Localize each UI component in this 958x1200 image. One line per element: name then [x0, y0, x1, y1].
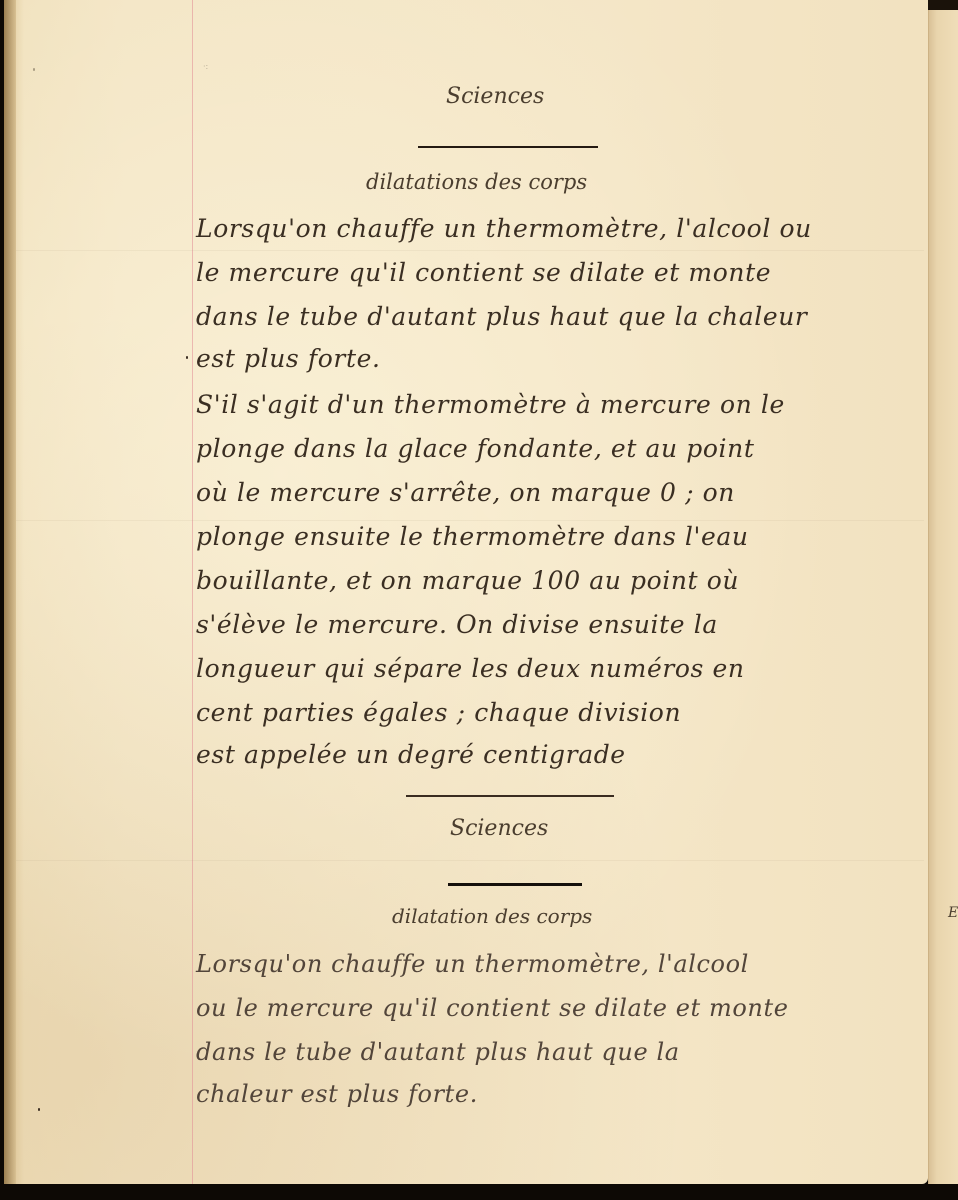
- text-line: où le mercure s'arrête, on marque 0 ; on: [196, 478, 735, 507]
- text-line: bouillante, et on marque 100 au point où: [196, 566, 739, 595]
- ink-speck: [33, 68, 35, 71]
- text-line: est appelée un degré centigrade: [196, 740, 626, 769]
- section-divider: [406, 795, 614, 797]
- section-2-subheading: dilatation des corps: [392, 904, 592, 928]
- ink-speck: [186, 356, 188, 359]
- adjacent-page-writing: E: [948, 905, 958, 921]
- page-binding-edge: [4, 0, 16, 1184]
- text-line: chaleur est plus forte.: [196, 1080, 478, 1108]
- scan-background-corner: [928, 0, 958, 10]
- ink-speck: [38, 1108, 40, 1111]
- text-line: S'il s'agit d'un thermomètre à mercure o…: [196, 390, 785, 419]
- ruled-line: [16, 860, 924, 861]
- text-line: le mercure qu'il contient se dilate et m…: [196, 258, 771, 287]
- ruled-line: [16, 250, 924, 251]
- section-1-subheading: dilatations des corps: [366, 170, 587, 194]
- text-line: longueur qui sépare les deux numéros en: [196, 654, 745, 683]
- heading-underline: [418, 146, 598, 148]
- section-1-heading: Sciences: [446, 84, 544, 109]
- ruled-line: [16, 520, 924, 521]
- text-line: ou le mercure qu'il contient se dilate e…: [196, 994, 789, 1022]
- text-line: est plus forte.: [196, 344, 381, 373]
- text-line: Lorsqu'on chauffe un thermomètre, l'alco…: [196, 214, 812, 243]
- text-line: Lorsqu'on chauffe un thermomètre, l'alco…: [196, 950, 749, 978]
- text-line: dans le tube d'autant plus haut que la c…: [196, 302, 807, 331]
- margin-mark: ·:: [203, 62, 208, 71]
- text-line: plonge ensuite le thermomètre dans l'eau: [196, 522, 749, 551]
- section-2-heading: Sciences: [450, 816, 548, 841]
- text-line: s'élève le mercure. On divise ensuite la: [196, 610, 718, 639]
- text-line: cent parties égales ; chaque division: [196, 698, 681, 727]
- text-line: plonge dans la glace fondante, et au poi…: [196, 434, 754, 463]
- scanned-notebook: ·: Sciences dilatations des corps Lorsqu…: [0, 0, 958, 1200]
- adjacent-page-edge: [928, 10, 958, 1184]
- margin-line: [192, 0, 193, 1184]
- heading-underline: [448, 883, 582, 886]
- text-line: dans le tube d'autant plus haut que la: [196, 1038, 680, 1066]
